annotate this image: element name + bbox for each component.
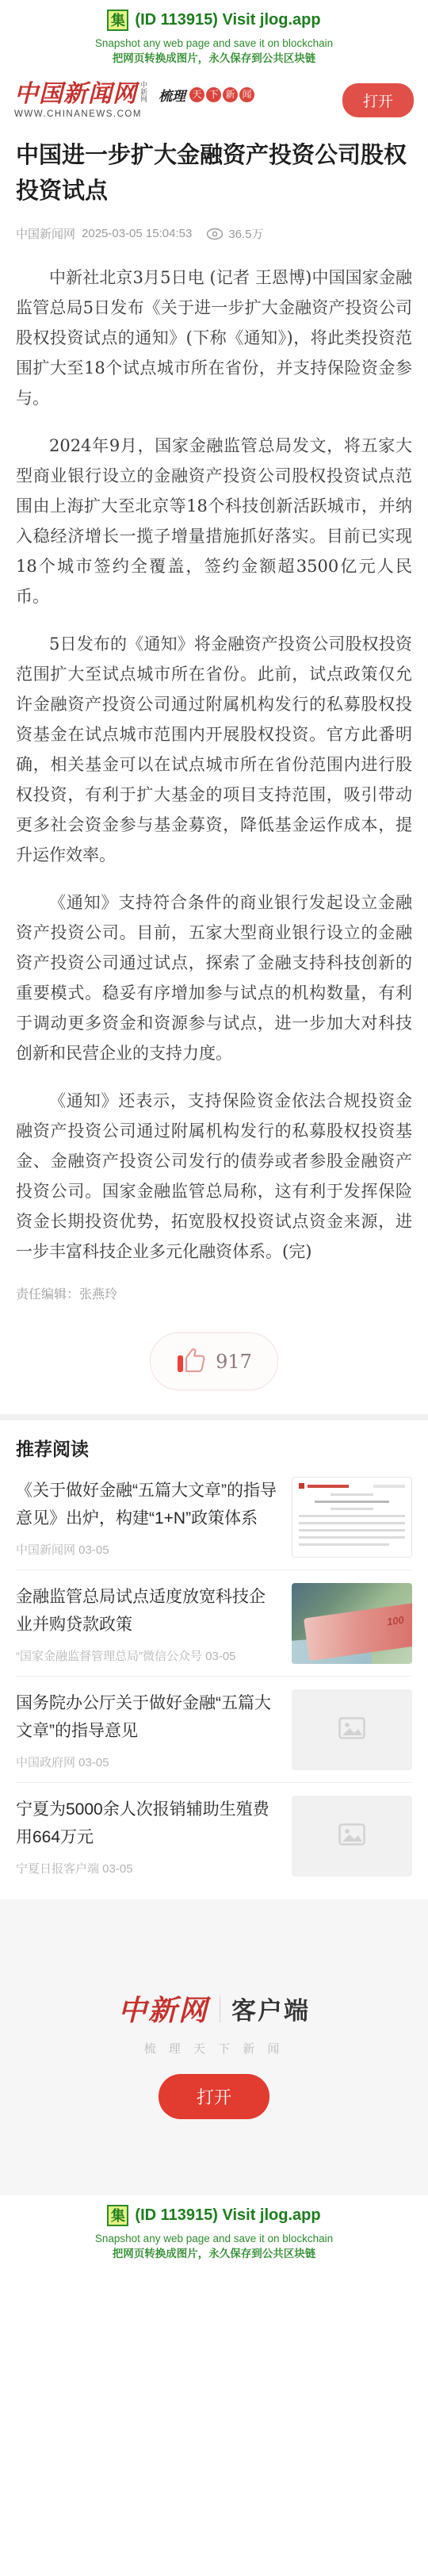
list-item[interactable]: 《关于做好金融“五篇大文章”的指导意见》出炉，构建“1+N”政策体系 中国新闻网… — [16, 1464, 412, 1570]
slogan-circle: 下 — [206, 87, 221, 102]
like-count: 917 — [216, 1351, 252, 1373]
footer-chinanews-logo: 中新网 — [118, 1988, 208, 2029]
jlog-logo-icon: 集 — [107, 2205, 128, 2226]
chinanews-url: WWW.CHINANEWS.COM — [14, 109, 147, 119]
rec-item-title[interactable]: 宁夏为5000余人次报销辅助生殖费用664万元 — [16, 1796, 281, 1851]
promo-subtitle-en: Snapshot any web page and save it on blo… — [0, 2231, 428, 2246]
promo-title[interactable]: (ID 113915) Visit jlog.app — [135, 11, 320, 29]
paragraph: 《通知》还表示，支持保险资金依法合规投资金融资产投资公司通过附属机构发行的私募股… — [16, 1086, 412, 1267]
footer-logo-divider — [220, 1995, 220, 2022]
chinanews-logo-text: 中国新闻网 — [14, 82, 137, 107]
chinanews-logo[interactable]: 中国新闻网 中 新 网 WWW.CHINANEWS.COM — [14, 82, 147, 119]
document-searchbar — [373, 1485, 405, 1488]
rec-item-title[interactable]: 金融监管总局试点适度放宽科技企业并购贷款政策 — [16, 1583, 281, 1639]
rec-item-title[interactable]: 国务院办公厅关于做好金融“五篇大文章”的指导意见 — [16, 1689, 281, 1745]
article-title: 中国进一步扩大金融资产投资公司股权投资试点 — [16, 138, 412, 209]
list-item[interactable]: 金融监管总局试点适度放宽科技企业并购贷款政策 “国家金融监督管理总局”微信公众号… — [16, 1570, 412, 1677]
slogan-circle: 新 — [223, 87, 238, 102]
slogan-prefix: 梳理 — [159, 85, 185, 105]
slogan-circle: 天 — [189, 87, 204, 102]
paragraph: 2024年9月，国家金融监管总局发文，将五家大型商业银行设立的金融资产投资公司股… — [16, 431, 412, 611]
eye-icon — [206, 228, 224, 240]
bottom-promo-banner[interactable]: 集 (ID 113915) Visit jlog.app Snapshot an… — [0, 2195, 428, 2269]
document-emblem — [299, 1483, 304, 1489]
article-datetime: 2025-03-05 15:04:53 — [82, 227, 192, 240]
article-meta: 中国新闻网 2025-03-05 15:04:53 36.5万 — [16, 225, 412, 242]
jlog-logo-icon: 集 — [107, 10, 128, 31]
paragraph: 《通知》支持符合条件的商业银行发起设立金融资产投资公司。目前，五家大型商业银行设… — [16, 887, 412, 1068]
rec-item-thumbnail-placeholder[interactable] — [292, 1796, 412, 1876]
promo-title[interactable]: (ID 113915) Visit jlog.app — [135, 2206, 320, 2225]
recommend-section: 推荐阅读 《关于做好金融“五篇大文章”的指导意见》出炉，构建“1+N”政策体系 … — [0, 1420, 428, 1888]
open-app-button-footer[interactable]: 打开 — [159, 2074, 269, 2119]
list-item[interactable]: 国务院办公厅关于做好金融“五篇大文章”的指导意见 中国政府网 03-05 — [16, 1677, 412, 1783]
rec-item-source: 宁夏日报客户端 03-05 — [16, 1861, 281, 1877]
footer-tagline: 梳 理 天 下 新 闻 — [0, 2040, 428, 2057]
logo-side-char: 网 — [140, 96, 147, 103]
page: 集 (ID 113915) Visit jlog.app Snapshot an… — [0, 0, 428, 2576]
image-placeholder-icon — [338, 1823, 365, 1850]
banknote-red — [304, 1602, 412, 1661]
promo-subtitle-cn: 把网页转换成图片，永久保存到公共区块链 — [0, 51, 428, 66]
slogan-circle: 闻 — [239, 87, 254, 102]
rec-item-thumbnail-banknotes[interactable]: 100 — [292, 1583, 412, 1664]
promo-subtitle-en: Snapshot any web page and save it on blo… — [0, 36, 428, 51]
section-divider — [0, 1414, 428, 1420]
site-header: 中国新闻网 中 新 网 WWW.CHINANEWS.COM 梳理 天 下 新 闻… — [0, 74, 428, 125]
like-button[interactable]: 917 — [150, 1332, 278, 1390]
image-placeholder-icon — [338, 1717, 365, 1743]
top-promo-banner[interactable]: 集 (ID 113915) Visit jlog.app Snapshot an… — [0, 0, 428, 74]
header-slogan: 梳理 天 下 新 闻 — [159, 85, 254, 105]
view-count: 36.5万 — [228, 225, 263, 242]
rec-item-source: 中国政府网 03-05 — [16, 1754, 281, 1771]
article-body: 中新社北京3月5日电 (记者 王恩博)中国国家金融监管总局5日发布《关于进一步扩… — [16, 263, 412, 1267]
view-counter: 36.5万 — [206, 225, 263, 242]
article: 中国进一步扩大金融资产投资公司股权投资试点 中国新闻网 2025-03-05 1… — [0, 125, 428, 1302]
recommend-heading: 推荐阅读 — [16, 1435, 412, 1461]
rec-item-source: “国家金融监督管理总局”微信公众号 03-05 — [16, 1648, 281, 1665]
editor-line: 责任编辑：张燕玲 — [16, 1284, 412, 1302]
paragraph: 5日发布的《通知》将金融资产投资公司股权投资范围扩大至试点城市所在省份。此前，试… — [16, 629, 412, 870]
promo-subtitle-cn: 把网页转换成图片，永久保存到公共区块链 — [0, 2246, 428, 2261]
banknote-denomination: 100 — [386, 1614, 405, 1628]
paragraph: 中新社北京3月5日电 (记者 王恩博)中国国家金融监管总局5日发布《关于进一步扩… — [16, 263, 412, 413]
document-red-headline — [308, 1485, 349, 1488]
rec-item-thumbnail-document[interactable] — [292, 1477, 412, 1558]
list-item[interactable]: 宁夏为5000余人次报销辅助生殖费用664万元 宁夏日报客户端 03-05 — [16, 1783, 412, 1888]
open-app-button-top[interactable]: 打开 — [342, 83, 414, 117]
thumbs-up-icon — [176, 1346, 208, 1377]
app-footer: 中新网 客户端 梳 理 天 下 新 闻 打开 — [0, 1899, 428, 2195]
article-source: 中国新闻网 — [16, 225, 75, 242]
rec-item-source: 中国新闻网 03-05 — [16, 1542, 281, 1558]
footer-app-label: 客户端 — [231, 1991, 310, 2026]
rec-item-thumbnail-placeholder[interactable] — [292, 1689, 412, 1770]
rec-item-title[interactable]: 《关于做好金融“五篇大文章”的指导意见》出炉，构建“1+N”政策体系 — [16, 1477, 281, 1532]
chinanews-logo-side: 中 新 网 — [140, 82, 147, 103]
